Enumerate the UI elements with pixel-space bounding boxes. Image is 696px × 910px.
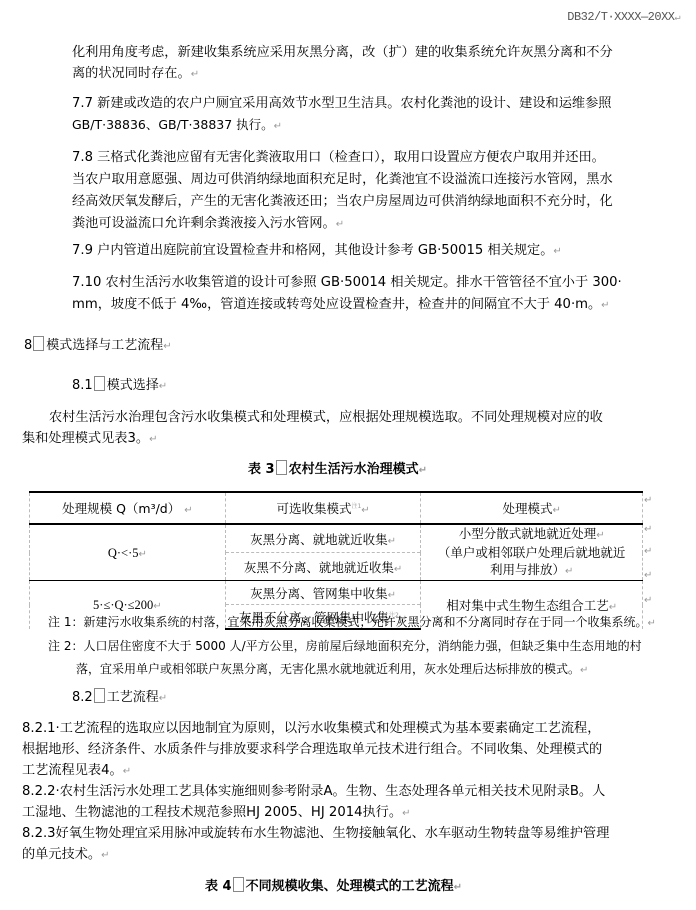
paragraph-8-2-2: 8.2.2·农村生活污水处理工艺具体实施细则参考附录A。生物、生态处理各单元相关… <box>22 781 605 824</box>
table-3: 处理规模 Q（m³/d） ↵ 可选收集模式注1↵ 处理模式↵ Q·<·5↵ 灰黑… <box>29 491 643 630</box>
header-collection-mode: 可选收集模式注1↵ <box>225 492 421 524</box>
cell-treat: 小型分散式就地就近处理↵ （单户或相邻联户处理后就地就近 利用与排放）↵ <box>421 524 643 581</box>
paragraph-7-7: 7.7 新建或改造的农户户厕宜采用高效节水型卫生洁具。农村化粪池的设计、建设和运… <box>72 93 611 137</box>
table-row: Q·<·5↵ 灰黑分离、就地就近收集↵ 小型分散式就地就近处理↵ （单户或相邻联… <box>30 524 643 553</box>
end-of-row-mark: ↵ <box>644 595 652 606</box>
table-3-note-1: 注 1：新建污水收集系统的村落，宜采用灰黑分离收集模式；允许灰黑分离和不分离同时… <box>48 612 656 634</box>
end-of-row-mark: ↵ <box>644 495 652 506</box>
table-row: 5·≤·Q·≤200↵ 灰黑分离、管网集中收集↵ 相对集中式生物生态组合工艺↵ <box>30 581 643 605</box>
placeholder-box-icon <box>33 336 44 351</box>
document-code-header: DB32/T·XXXX—20XX↵ <box>567 10 680 24</box>
cell-collect: 灰黑不分离、就地就近收集↵ <box>225 553 421 581</box>
end-of-row-mark: ↵ <box>644 546 652 557</box>
header-scale: 处理规模 Q（m³/d） ↵ <box>30 492 226 524</box>
table-4-caption: 表 4不同规模收集、处理模式的工艺流程↵ <box>205 876 462 898</box>
paragraph-7-9: 7.9 户内管道出庭院前宜设置检查井和格网，其他设计参考 GB·50015 相关… <box>72 240 562 262</box>
placeholder-box-icon <box>276 460 287 475</box>
table-header-row: 处理规模 Q（m³/d） ↵ 可选收集模式注1↵ 处理模式↵ <box>30 492 643 524</box>
table-3-note-2: 注 2：人口居住密度不大于 5000 人/平方公里，房前屋后绿地面积充分，消纳能… <box>48 635 642 682</box>
paragraph-8-2-3: 8.2.3好氧生物处理宜采用脉冲或旋转布水生物滤池、生物接触氧化、水车驱动生物转… <box>22 823 609 866</box>
paragraph-7-10: 7.10 农村生活污水收集管道的设计可参照 GB·50014 相关规定。排水干管… <box>72 272 622 317</box>
section-8-1-heading: 8.1模式选择↵ <box>72 375 167 397</box>
placeholder-box-icon <box>233 877 244 892</box>
placeholder-box-icon <box>94 688 105 703</box>
cell-collect: 灰黑分离、就地就近收集↵ <box>225 524 421 553</box>
cell-collect: 灰黑分离、管网集中收集↵ <box>225 581 421 605</box>
end-of-row-mark: ↵ <box>644 524 652 535</box>
section-8-2-heading: 8.2工艺流程↵ <box>72 687 167 709</box>
placeholder-box-icon <box>94 376 105 391</box>
table-3-caption: 表 3农村生活污水治理模式↵ <box>248 459 427 481</box>
header-treatment-mode: 处理模式↵ <box>421 492 643 524</box>
paragraph-8-1: 农村生活污水治理包含污水收集模式和处理模式，应根据处理规模选取。不同处理规模对应… <box>22 407 603 450</box>
section-8-heading: 8模式选择与工艺流程↵ <box>24 335 172 357</box>
paragraph-7-8: 7.8 三格式化粪池应留有无害化粪液取用口（检查口），取用口设置应方便农户取用并… <box>72 147 613 236</box>
end-of-row-mark: ↵ <box>644 570 652 581</box>
cell-scale: Q·<·5↵ <box>30 524 226 581</box>
paragraph-8-2-1: 8.2.1·工艺流程的选取应以因地制宜为原则，以污水收集模式和处理模式为基本要素… <box>22 718 602 782</box>
paragraph-7-6-continuation: 化利用角度考虑，新建收集系统应采用灰黑分离，改（扩）建的收集系统允许灰黑分离和不… <box>72 42 613 85</box>
